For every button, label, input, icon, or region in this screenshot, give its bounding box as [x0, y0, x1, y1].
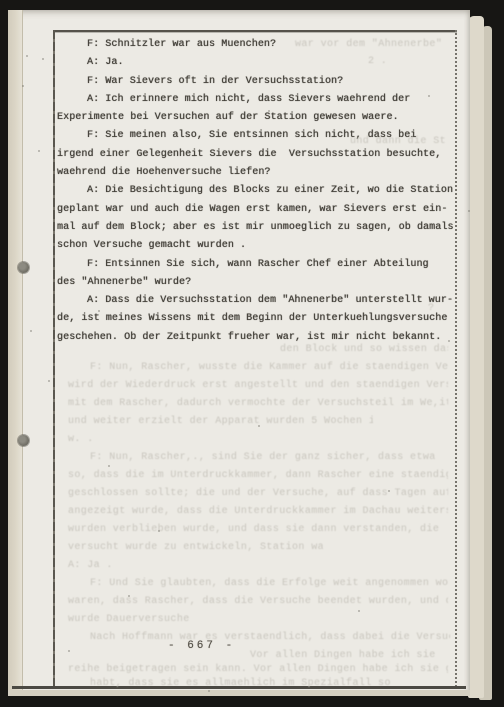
- ghost-line: angezeigt wurde, dass die Unterdruckkamm…: [68, 505, 448, 519]
- transcript-text: F: Schnitzler war aus Muenchen?A: Ja.F: …: [57, 36, 459, 347]
- ghost-line: und dann die Station: [350, 135, 445, 149]
- ghost-line: reihe beigetragen sein kann. Vor allen D…: [68, 663, 448, 677]
- paper-speck: [128, 595, 130, 597]
- transcript-line: F: Entsinnen Sie sich, wann Rascher Chef…: [57, 256, 459, 274]
- paper-speck: [98, 310, 100, 312]
- paper-speck: [108, 465, 110, 467]
- paper-speck: [68, 650, 70, 652]
- paper-speck: [26, 55, 28, 57]
- page-stack-edge-inner: [468, 16, 484, 698]
- transcript-line: des "Ahnenerbe" wurde?: [57, 274, 459, 292]
- paper-speck: [308, 260, 310, 262]
- ghost-line: Nach Hoffmann war es verstaendlich, dass…: [90, 631, 450, 645]
- ghost-line: versucht wurde zu entwickeln, Station wa…: [68, 541, 323, 555]
- page-left-edge: [8, 10, 23, 696]
- document-page: F: Schnitzler war aus Muenchen?A: Ja.F: …: [8, 10, 470, 696]
- paper-speck: [48, 380, 50, 382]
- paper-speck: [428, 95, 430, 97]
- ghost-line: ?: [428, 302, 448, 316]
- ghost-line: wurden verblieben wurde, und dass sie da…: [68, 523, 448, 537]
- ghost-line: F: Nun, Rascher,., sind Sie der ganz sic…: [90, 451, 448, 465]
- frame-border-top: [53, 30, 457, 32]
- paper-speck: [38, 150, 40, 152]
- hole-punch: [18, 262, 29, 273]
- ghost-line: den Block und so wissen dass als vom Blo…: [280, 343, 448, 357]
- paper-speck: [358, 610, 360, 612]
- transcript-line: Experimente bei Versuchen auf der Statio…: [57, 109, 459, 127]
- paper-speck: [158, 530, 160, 532]
- transcript-line: mal auf dem Block; aber es ist mir unmoe…: [57, 219, 459, 237]
- ghost-line: 2 .: [368, 55, 413, 69]
- paper-speck: [258, 425, 260, 427]
- transcript-line: geplant war und auch die Wagen erst kame…: [57, 201, 459, 219]
- transcript-line: F: War Sievers oft in der Versuchsstatio…: [57, 73, 459, 91]
- ghost-line: F: Und Sie glaubten, dass die Erfolge we…: [90, 577, 448, 591]
- paper-speck: [268, 110, 270, 112]
- hole-punch: [18, 435, 29, 446]
- transcript-line: A: Ich erinnere mich nicht, dass Sievers…: [57, 91, 459, 109]
- ghost-line: Vor allen Dingen habe ich sie: [250, 649, 448, 663]
- paper-speck: [388, 490, 390, 492]
- ghost-line: war vor dem "Ahnenerbe" i.: [295, 38, 445, 52]
- ghost-line: mit dem Rascher, dadurch vermochte der V…: [68, 397, 448, 411]
- ghost-line: so, dass die im Unterdruckkammer, dann R…: [68, 469, 448, 483]
- paper-speck: [448, 340, 450, 342]
- ghost-line: w. .: [68, 433, 113, 447]
- scanned-document-photo: F: Schnitzler war aus Muenchen?A: Ja.F: …: [0, 0, 504, 707]
- transcript-line: waehrend die Hoehenversuche liefen?: [57, 164, 459, 182]
- paper-speck: [30, 330, 32, 332]
- paper-speck: [42, 58, 44, 60]
- ghost-line: habt, dass sie es allmaehlich im Spezial…: [90, 677, 395, 691]
- frame-border-left: [53, 30, 55, 686]
- paper-speck: [208, 690, 210, 692]
- ghost-line: F: Nun, Rascher, wusste die Kammer auf d…: [90, 361, 448, 375]
- ghost-line: geschlossen sollte; die und der Versuche…: [68, 487, 448, 501]
- ghost-line: wurde Dauerversuche: [68, 613, 223, 627]
- transcript-line: schon Versuche gemacht wurden .: [57, 237, 459, 255]
- ghost-line: A: Ja .: [68, 559, 130, 573]
- ghost-line: waren, dass Rascher, dass die Versuche b…: [68, 595, 448, 609]
- paper-speck: [22, 85, 24, 87]
- ghost-line: wird der Wiederdruck erst angestellt und…: [68, 379, 448, 393]
- transcript-line: A: Dass die Versuchsstation dem "Ahnener…: [57, 292, 459, 310]
- paper-speck: [468, 210, 470, 212]
- transcript-line: de, ist meines Wissens mit dem Beginn de…: [57, 310, 459, 328]
- transcript-line: A: Die Besichtigung des Blocks zu einer …: [57, 182, 459, 200]
- ghost-line: und weiter erzielt der Apparat wurden 5 …: [68, 415, 373, 429]
